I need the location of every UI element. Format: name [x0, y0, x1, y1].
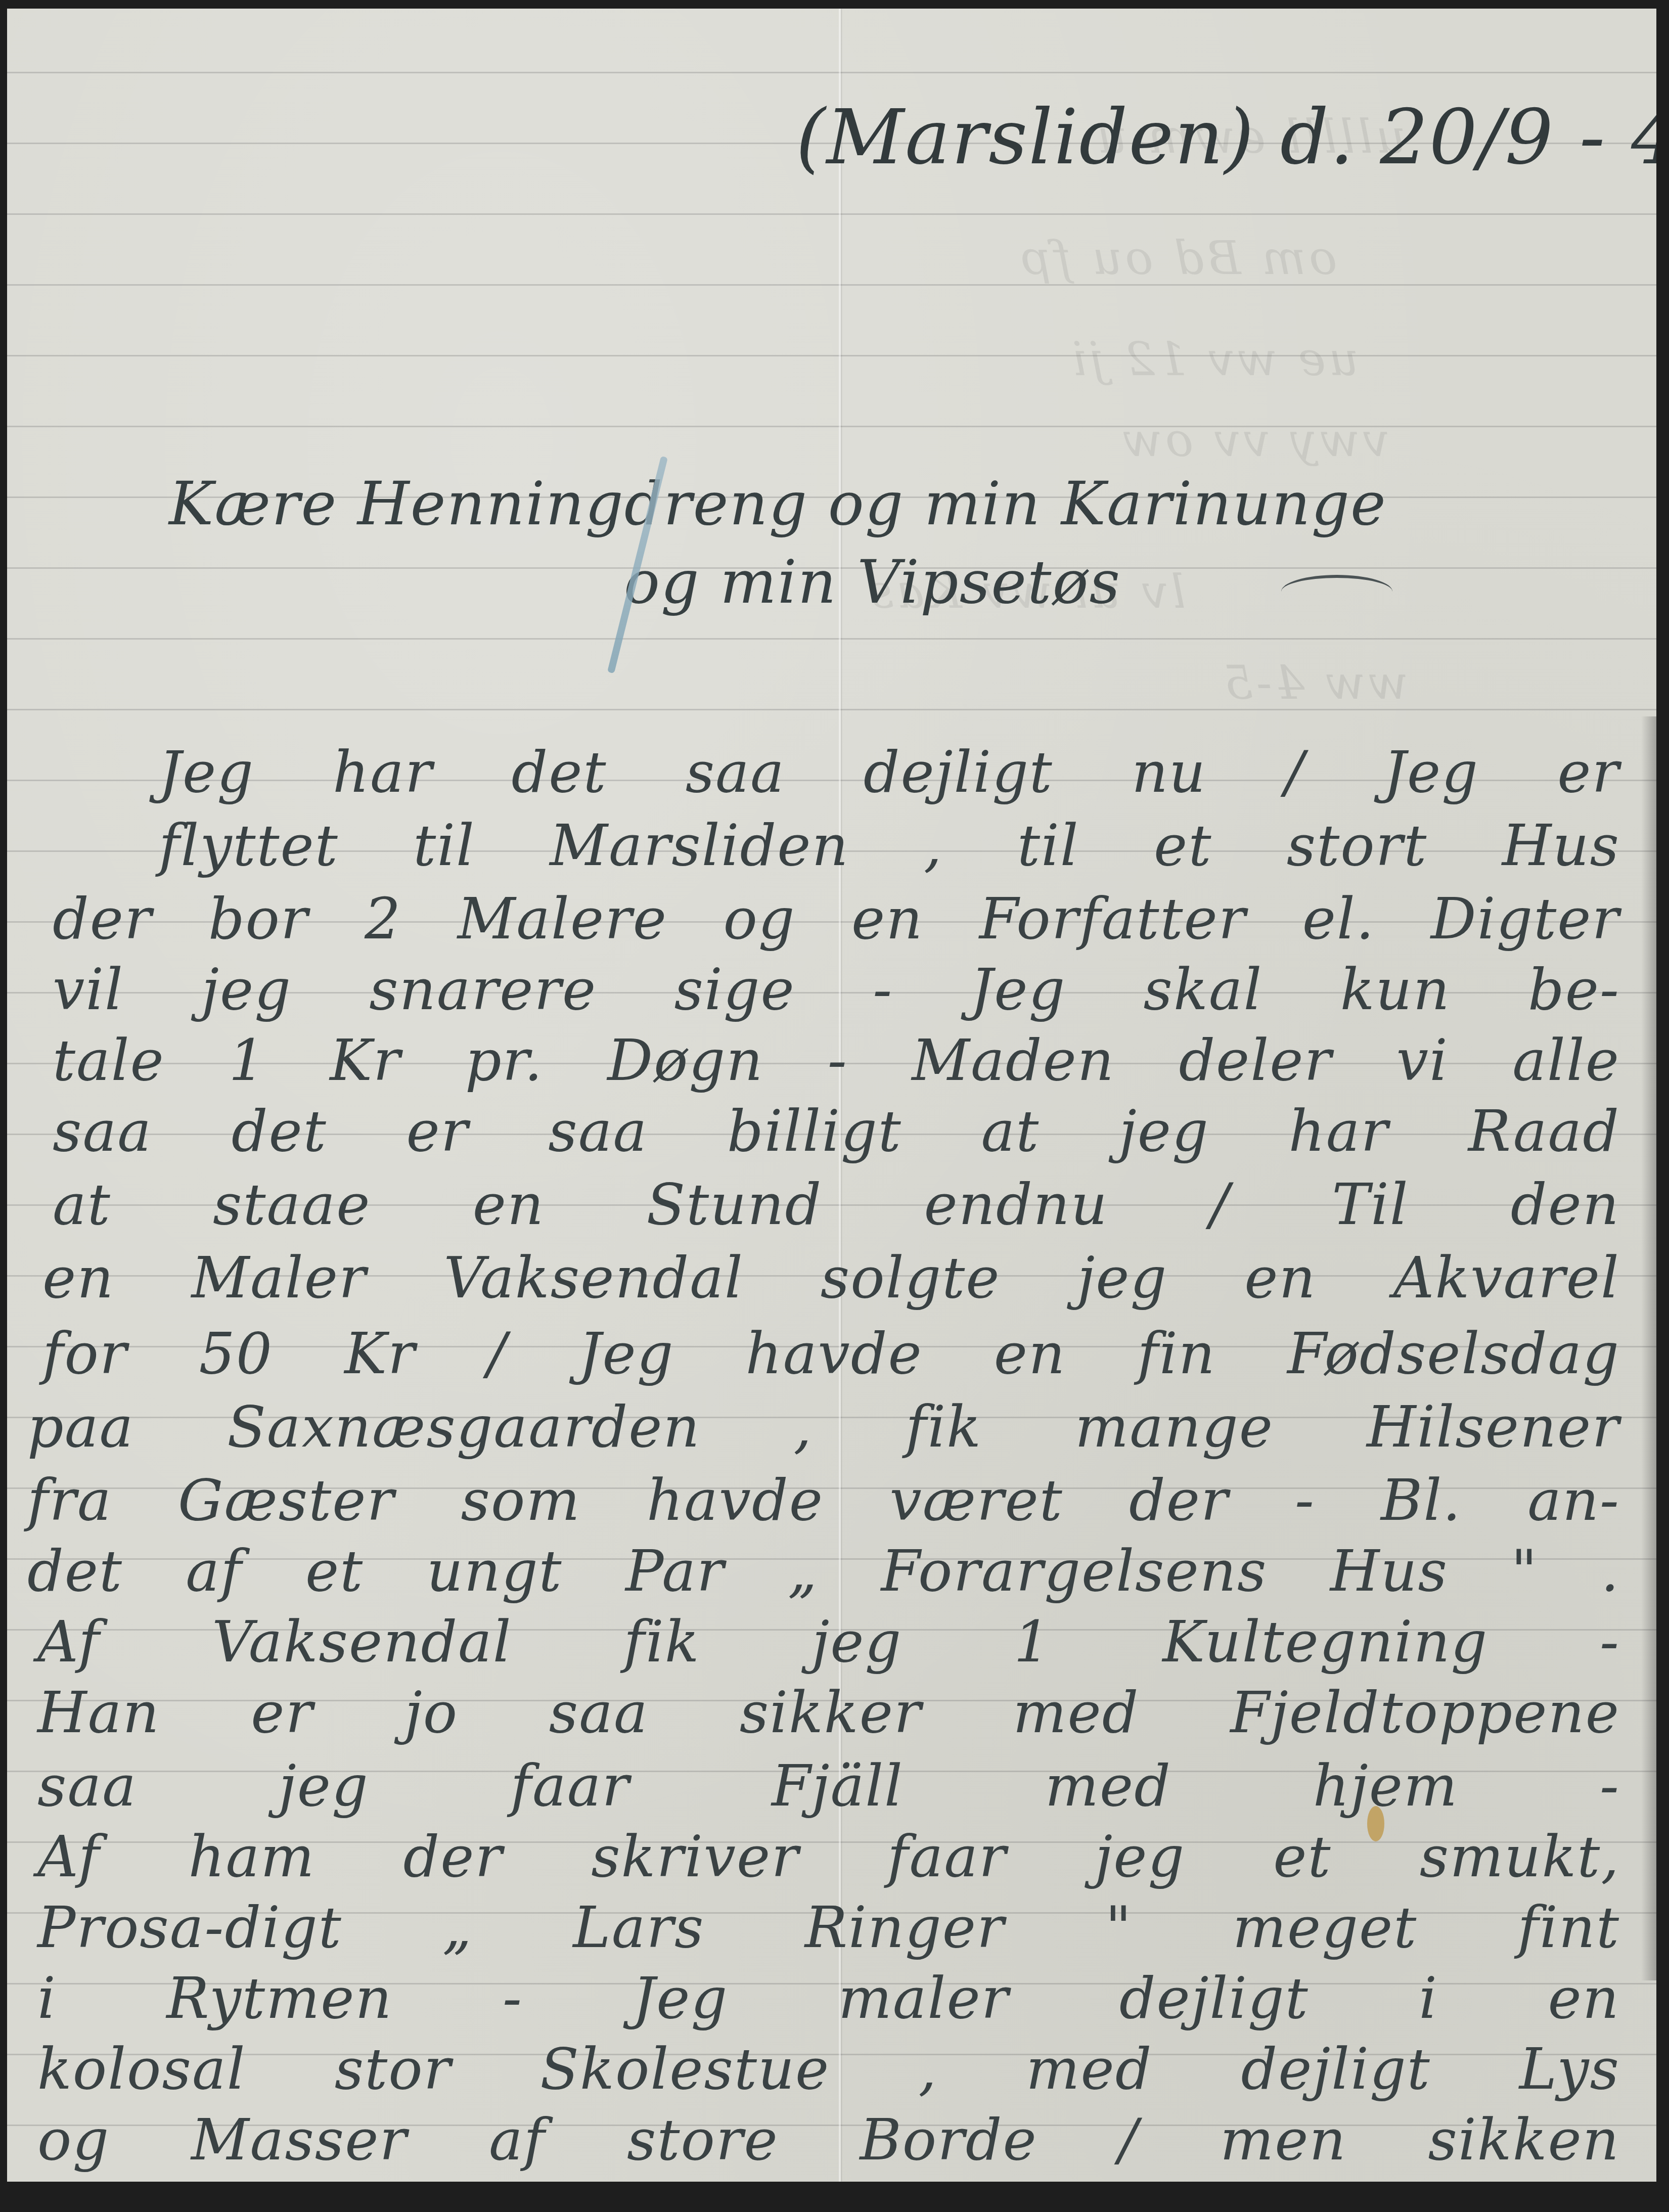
handwritten-word: der	[1129, 1472, 1229, 1529]
handwritten-word: jo	[404, 1685, 458, 1741]
handwritten-word: Malere	[458, 891, 667, 947]
body-line: tale1Krpr.Døgn-Madendelervialle	[53, 1032, 1620, 1089]
handwritten-word: været	[889, 1472, 1063, 1529]
handwritten-word: Af	[37, 1614, 100, 1671]
handwritten-word: Prosa-digt	[37, 1900, 342, 1956]
handwritten-word: har	[1289, 1103, 1389, 1160]
page-edge-shadow	[1641, 716, 1656, 1980]
handwritten-word: 2	[365, 891, 401, 947]
body-line: paaSaxnæsgaarden,fikmangeHilsener	[27, 1399, 1620, 1456]
handwritten-word: /	[487, 1326, 508, 1382]
handwritten-word: Maden	[912, 1032, 1115, 1089]
handwritten-word: 1	[229, 1032, 265, 1089]
handwritten-word: Gæster	[178, 1472, 395, 1529]
handwritten-word: Til	[1332, 1177, 1409, 1233]
handwritten-word: for	[42, 1326, 127, 1382]
body-line: atstaaeenStundendnu/Tilden	[53, 1177, 1620, 1233]
handwritten-word: nu	[1132, 744, 1206, 801]
handwritten-word: en	[851, 891, 923, 947]
handwritten-word: ungt	[427, 1543, 563, 1600]
handwritten-word: solgte	[821, 1250, 1001, 1306]
handwritten-word: en	[42, 1250, 114, 1306]
handwritten-word: jeg	[201, 962, 292, 1018]
handwritten-word: snarere	[369, 962, 597, 1018]
handwritten-word: at	[53, 1177, 111, 1233]
handwritten-word: meget	[1233, 1900, 1417, 1956]
handwritten-word: havde	[647, 1472, 824, 1529]
handwritten-word: -	[1600, 1758, 1620, 1815]
bleed-through-text: ww 4-5	[1221, 656, 1408, 710]
handwritten-word: hjem	[1313, 1758, 1458, 1815]
letter-date: 20/9 - 46	[1380, 94, 1656, 182]
handwritten-word: fin	[1137, 1326, 1215, 1382]
body-line: flyttettilMarsliden,tiletstortHus	[159, 818, 1620, 874]
body-line: enMalerVaksendalsolgtejegenAkvarel	[42, 1250, 1620, 1306]
handwritten-word: Rytmen	[166, 1970, 392, 2027]
handwritten-word: dejligt	[1241, 2041, 1431, 2098]
handwritten-word: billigt	[727, 1103, 902, 1160]
handwritten-word: Kultegning	[1162, 1614, 1488, 1671]
handwritten-word: Døgn	[607, 1032, 763, 1089]
handwritten-word: ,	[919, 2041, 938, 2098]
handwritten-word: Jeg	[633, 1970, 728, 2027]
handwritten-word: saa	[549, 1685, 649, 1741]
handwritten-word: at	[981, 1103, 1040, 1160]
handwritten-word: jeg	[812, 1614, 903, 1671]
handwritten-word: Vaksendal	[443, 1250, 743, 1306]
handwritten-word: staae	[213, 1177, 371, 1233]
handwritten-word: ,	[924, 818, 943, 874]
handwritten-word: et	[1273, 1829, 1331, 1885]
handwritten-word: og	[37, 2112, 110, 2169]
handwritten-word: er	[1557, 744, 1620, 801]
handwritten-word: maler	[838, 1970, 1010, 2027]
handwritten-word: saa	[686, 744, 785, 801]
ruled-line	[7, 709, 1656, 710]
handwritten-word: tale	[53, 1032, 165, 1089]
handwritten-word: vi	[1396, 1032, 1449, 1089]
handwritten-word: "	[1105, 1900, 1133, 1956]
handwritten-word: det	[512, 744, 607, 801]
body-line: saadetersaabilligtatjegharRaad	[53, 1103, 1620, 1160]
handwritten-word: er	[407, 1103, 469, 1160]
handwritten-word: den	[1511, 1177, 1620, 1233]
handwritten-word: Fødselsdag	[1287, 1326, 1620, 1382]
body-line: viljegsnareresige-Jegskalkunbe-	[53, 962, 1620, 1018]
handwritten-word: af	[186, 1543, 242, 1600]
handwritten-word: „	[788, 1543, 818, 1600]
handwritten-word: fik	[906, 1399, 982, 1456]
handwritten-word: Vaksendal	[212, 1614, 512, 1671]
letter-page: ulllll ewm u om Bd ou fp ue wv 12 ji vwy…	[7, 9, 1656, 2182]
handwritten-word: Forfatter	[979, 891, 1247, 947]
handwritten-word: dejligt	[1119, 1970, 1309, 2027]
handwritten-word: be-	[1528, 962, 1620, 1018]
body-line: ogMasserafstoreBorde/mensikken	[37, 2112, 1620, 2169]
handwritten-word: deler	[1179, 1032, 1332, 1089]
bleed-through-text: vwy vv ow	[1119, 413, 1389, 467]
handwritten-word: en	[1548, 1970, 1619, 2027]
body-line: for50Kr/JeghavdeenfinFødselsdag	[42, 1326, 1620, 1382]
handwritten-word: pr.	[465, 1032, 544, 1089]
handwritten-word: en	[1244, 1250, 1316, 1306]
handwritten-word: Han	[37, 1685, 160, 1741]
handwritten-word: endnu	[924, 1177, 1108, 1233]
body-line: kolosalstorSkolestue,meddejligtLys	[37, 2041, 1620, 2098]
handwritten-word: der	[53, 891, 153, 947]
paper-stain	[1367, 1806, 1384, 1841]
handwritten-word: Fjäll	[772, 1758, 904, 1815]
body-line: fraGæstersomhavdeværetder-Bl.an-	[27, 1472, 1620, 1529]
handwritten-word: jeg	[279, 1758, 369, 1815]
handwritten-word: Skolestue	[540, 2041, 830, 2098]
handwritten-word: havde	[746, 1326, 923, 1382]
handwritten-word: /	[1285, 744, 1305, 801]
handwritten-word: vil	[53, 962, 124, 1018]
handwritten-word: fik	[624, 1614, 700, 1671]
handwritten-word: Af	[37, 1829, 100, 1885]
ruled-line	[7, 213, 1656, 215]
handwritten-word: Kr	[330, 1032, 401, 1089]
handwritten-word: sige	[674, 962, 795, 1018]
handwritten-word: saa	[37, 1758, 137, 1815]
salutation-line-1: Kære Henningdreng og min Karinunge	[169, 474, 1387, 533]
handwritten-word: Maler	[191, 1250, 367, 1306]
body-line: saajegfaarFjällmedhjem-	[37, 1758, 1620, 1815]
handwritten-word: som	[461, 1472, 580, 1529]
handwritten-word: kolosal	[37, 2041, 246, 2098]
handwritten-word: faar	[511, 1758, 630, 1815]
handwritten-word: har	[333, 744, 433, 801]
handwritten-word: fra	[27, 1472, 112, 1529]
handwritten-word: smukt,	[1420, 1829, 1620, 1885]
ruled-line	[7, 355, 1656, 356]
handwritten-word: 50	[199, 1326, 274, 1382]
handwritten-word: jeg	[1095, 1829, 1186, 1885]
handwritten-word: det	[27, 1543, 123, 1600]
handwritten-word: og	[723, 891, 795, 947]
handwritten-word: Fjeldtoppene	[1230, 1685, 1620, 1741]
handwritten-word: Hilsener	[1367, 1399, 1620, 1456]
handwritten-word: kun	[1340, 962, 1451, 1018]
handwritten-word: Raad	[1468, 1103, 1620, 1160]
handwritten-word: an-	[1527, 1472, 1620, 1529]
handwritten-word: af	[489, 2112, 546, 2169]
handwritten-word: Hus	[1330, 1543, 1448, 1600]
handwritten-word: et	[305, 1543, 364, 1600]
bleed-through-text: ue wv 12 ji	[1069, 332, 1359, 386]
handwritten-word: Bl.	[1381, 1472, 1462, 1529]
handwritten-word: el.	[1302, 891, 1375, 947]
salutation-line-2: og min Vipsetøs	[624, 552, 1121, 612]
handwritten-word: med	[1013, 1685, 1139, 1741]
handwritten-word: paa	[27, 1399, 134, 1456]
handwritten-word: Jeg	[970, 962, 1066, 1018]
ruled-line	[7, 284, 1656, 286]
handwritten-word: med	[1045, 1758, 1171, 1815]
handwritten-word: det	[232, 1103, 327, 1160]
handwritten-word: Stund	[646, 1177, 822, 1233]
bleed-through-text: om Bd ou fp	[1018, 231, 1337, 285]
handwritten-word: Lars	[573, 1900, 704, 1956]
body-line: iRytmen-Jegmalerdejligtien	[37, 1970, 1620, 2027]
handwritten-word: faar	[887, 1829, 1007, 1885]
handwritten-word: "	[1511, 1543, 1538, 1600]
handwritten-word: Par	[625, 1543, 725, 1600]
handwritten-word: ham	[188, 1829, 315, 1885]
handwritten-word: flyttet	[159, 818, 339, 874]
handwritten-word: „	[442, 1900, 473, 1956]
salutation-flourish	[1281, 575, 1392, 608]
body-line: detafetungtPar„ForargelsensHus".	[27, 1543, 1620, 1600]
handwritten-word: Marsliden	[550, 818, 849, 874]
handwritten-word: alle	[1512, 1032, 1620, 1089]
body-line: Prosa-digt„LarsRinger"megetfint	[37, 1900, 1620, 1956]
handwritten-word: -	[873, 962, 893, 1018]
handwritten-word: Borde	[860, 2112, 1038, 2169]
handwritten-word: Jeg	[159, 744, 254, 801]
handwritten-word: mange	[1075, 1399, 1274, 1456]
handwritten-word: en	[994, 1326, 1066, 1382]
handwritten-word: er	[251, 1685, 313, 1741]
ruled-line	[7, 638, 1656, 640]
handwritten-word: -	[828, 1032, 848, 1089]
handwritten-word: saa	[548, 1103, 648, 1160]
handwritten-word: fint	[1518, 1900, 1620, 1956]
date-prefix: d.	[1280, 94, 1355, 182]
handwritten-word: sikken	[1428, 2112, 1620, 2169]
body-line: AfVaksendalfikjeg1Kultegning-	[37, 1614, 1620, 1671]
handwritten-word: stort	[1287, 818, 1427, 874]
body-line: Jeghardetsaadejligtnu/Jeger	[159, 744, 1620, 801]
handwritten-word: Forargelsens	[881, 1543, 1267, 1600]
handwritten-word: Digter	[1431, 891, 1620, 947]
handwritten-word: dejligt	[864, 744, 1053, 801]
handwritten-word: -	[1600, 1614, 1620, 1671]
handwritten-word: -	[503, 1970, 523, 2027]
handwritten-word: stor	[335, 2041, 452, 2098]
handwritten-word: Hus	[1502, 818, 1620, 874]
handwritten-word: ,	[793, 1399, 813, 1456]
body-line: HanerjosaasikkermedFjeldtoppene	[37, 1685, 1620, 1741]
handwritten-word: /	[1119, 2112, 1139, 2169]
handwritten-word: i	[37, 1970, 57, 2027]
handwritten-word: Masser	[191, 2112, 408, 2169]
body-line: Afhamderskriverfaarjegetsmukt,	[37, 1829, 1620, 1885]
handwritten-word: .	[1601, 1543, 1620, 1600]
letter-date-header: (Marsliden) d. 20/9 - 46	[796, 100, 1656, 175]
handwritten-word: Lys	[1519, 2041, 1620, 2098]
handwritten-word: /	[1210, 1177, 1230, 1233]
handwritten-word: men	[1220, 2112, 1347, 2169]
handwritten-word: Ringer	[805, 1900, 1005, 1956]
handwritten-word: en	[473, 1177, 545, 1233]
handwritten-word: sikker	[740, 1685, 922, 1741]
handwritten-word: jeg	[1119, 1103, 1209, 1160]
handwritten-word: saa	[53, 1103, 152, 1160]
handwritten-word: med	[1026, 2041, 1152, 2098]
handwritten-word: Saxnæsgaarden	[227, 1399, 700, 1456]
handwritten-word: -	[1295, 1472, 1315, 1529]
handwritten-word: bor	[208, 891, 309, 947]
handwritten-word: til	[413, 818, 475, 874]
letter-place: (Marsliden)	[796, 94, 1255, 182]
handwritten-word: Jeg	[1383, 744, 1479, 801]
ruled-line	[7, 72, 1656, 73]
handwritten-word: store	[627, 2112, 779, 2169]
handwritten-word: til	[1017, 818, 1079, 874]
handwritten-word: der	[403, 1829, 504, 1885]
handwritten-word: Akvarel	[1393, 1250, 1620, 1306]
handwritten-word: i	[1419, 1970, 1438, 2027]
handwritten-word: skriver	[591, 1829, 799, 1885]
handwritten-word: skal	[1143, 962, 1262, 1018]
handwritten-word: jeg	[1077, 1250, 1167, 1306]
handwritten-word: 1	[1014, 1614, 1051, 1671]
ruled-line	[7, 426, 1656, 427]
handwritten-word: Kr	[344, 1326, 416, 1382]
body-line: derbor2MalereogenForfatterel.Digter	[53, 891, 1620, 947]
handwritten-word: Jeg	[579, 1326, 674, 1382]
handwritten-word: et	[1154, 818, 1212, 874]
